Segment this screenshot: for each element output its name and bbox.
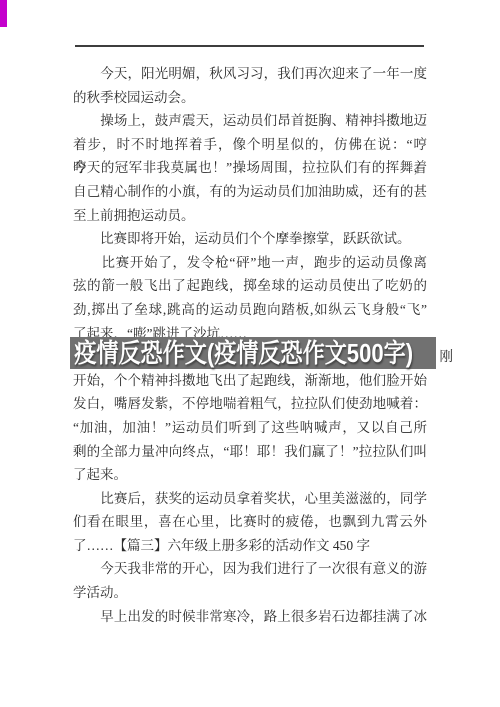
text-line: 学活动。 bbox=[73, 581, 427, 605]
text-line: 早上出发的时候非常寒冷，路上很多岩石边都挂满了冰 bbox=[73, 605, 427, 629]
text-line: 开始，个个精神抖擞地飞出了起跑线，渐渐地，他们脸开始 bbox=[73, 369, 427, 393]
title-overlay-banner: 疫情反恐作文(疫情反恐作文500字) bbox=[70, 337, 436, 369]
corner-strip bbox=[0, 0, 7, 27]
document-page: 今天，阳光明媚，秋风习习，我们再次迎来了一年一度的秋季校园运动会。 操场上，鼓声… bbox=[0, 0, 500, 707]
text-line: 劲,掷出了垒球,跳高的运动员跑向踏板,如纵云飞身般“飞” bbox=[73, 298, 427, 322]
text-line: 发白，嘴唇发紫，不停地喘着粗气，拉拉队们使劲地喊着： bbox=[73, 392, 427, 416]
horizontal-rule bbox=[75, 45, 424, 47]
text-line: 了起来。 bbox=[73, 463, 427, 487]
text-line: 剩的全部力量冲向终点，“耶！耶！我们赢了！”拉拉队们叫 bbox=[73, 440, 427, 464]
text-line: “加油，加油！”运动员们听到了这些呐喊声，又以自己所 bbox=[73, 416, 427, 440]
text-line: 的秋季校园运动会。 bbox=[73, 86, 427, 110]
text-line: 至上前拥抱运动员。 bbox=[73, 204, 427, 228]
text-line: 操场上，鼓声震天，运动员们昂首挺胸、精神抖擞地迈 bbox=[73, 109, 427, 133]
text-line: 比赛即将开始，运动员们个个摩拳擦掌，跃跃欲试。 bbox=[73, 227, 427, 251]
text-line: 比赛后，获奖的运动员拿着奖状，心里美滋滋的，同学 bbox=[73, 487, 427, 511]
overlay-title: 疫情反恐作文(疫情反恐作文500字) bbox=[70, 337, 413, 369]
text-line: 自己精心制作的小旗，有的为运动员们加油助威，还有的甚 bbox=[73, 180, 427, 204]
text-line: 着步，时不时地挥着手，像个明星似的，仿佛在说：“哼哼， bbox=[73, 133, 427, 157]
text-line: 弦的箭一般飞出了起跑线，掷垒球的运动员使出了吃奶的 bbox=[73, 274, 427, 298]
text-line: 比赛开始了，发令枪“砰”地一声，跑步的运动员像离 bbox=[73, 251, 427, 275]
text-line: 们看在眼里，喜在心里，比赛时的疲倦，也飘到九霄云外 bbox=[73, 510, 427, 534]
text-line: 了……【篇三】六年级上册多彩的活动作文 450 字 bbox=[73, 534, 427, 558]
text-line: 今天的冠军非我莫属也！”操场周围，拉拉队们有的挥舞着 bbox=[73, 156, 427, 180]
text-line: 今天，阳光明媚，秋风习习，我们再次迎来了一年一度 bbox=[73, 62, 427, 86]
text-line: 今天我非常的开心，因为我们进行了一次很有意义的游 bbox=[73, 557, 427, 581]
